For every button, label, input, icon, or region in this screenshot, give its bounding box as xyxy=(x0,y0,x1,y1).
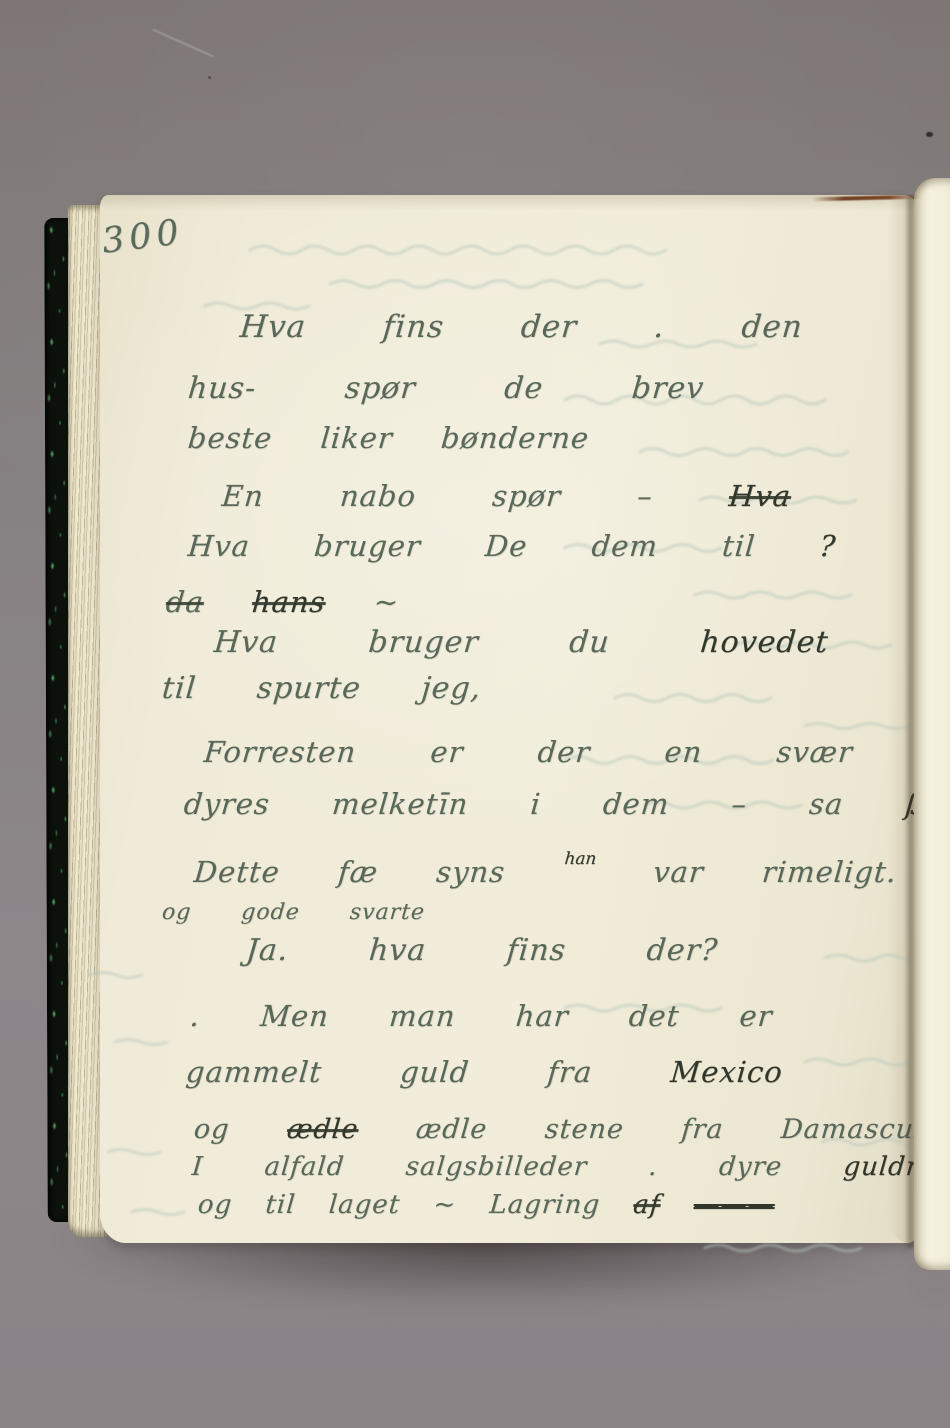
page-top-shade xyxy=(100,195,918,211)
notebook-page xyxy=(100,195,918,1243)
dust-speck xyxy=(926,132,933,137)
page-number: 300 xyxy=(100,215,185,260)
photo-background: Hva fins der . denhus- spør de brevbeste… xyxy=(0,0,950,1428)
dust-speck xyxy=(208,76,211,79)
next-page-edge xyxy=(914,178,950,1270)
